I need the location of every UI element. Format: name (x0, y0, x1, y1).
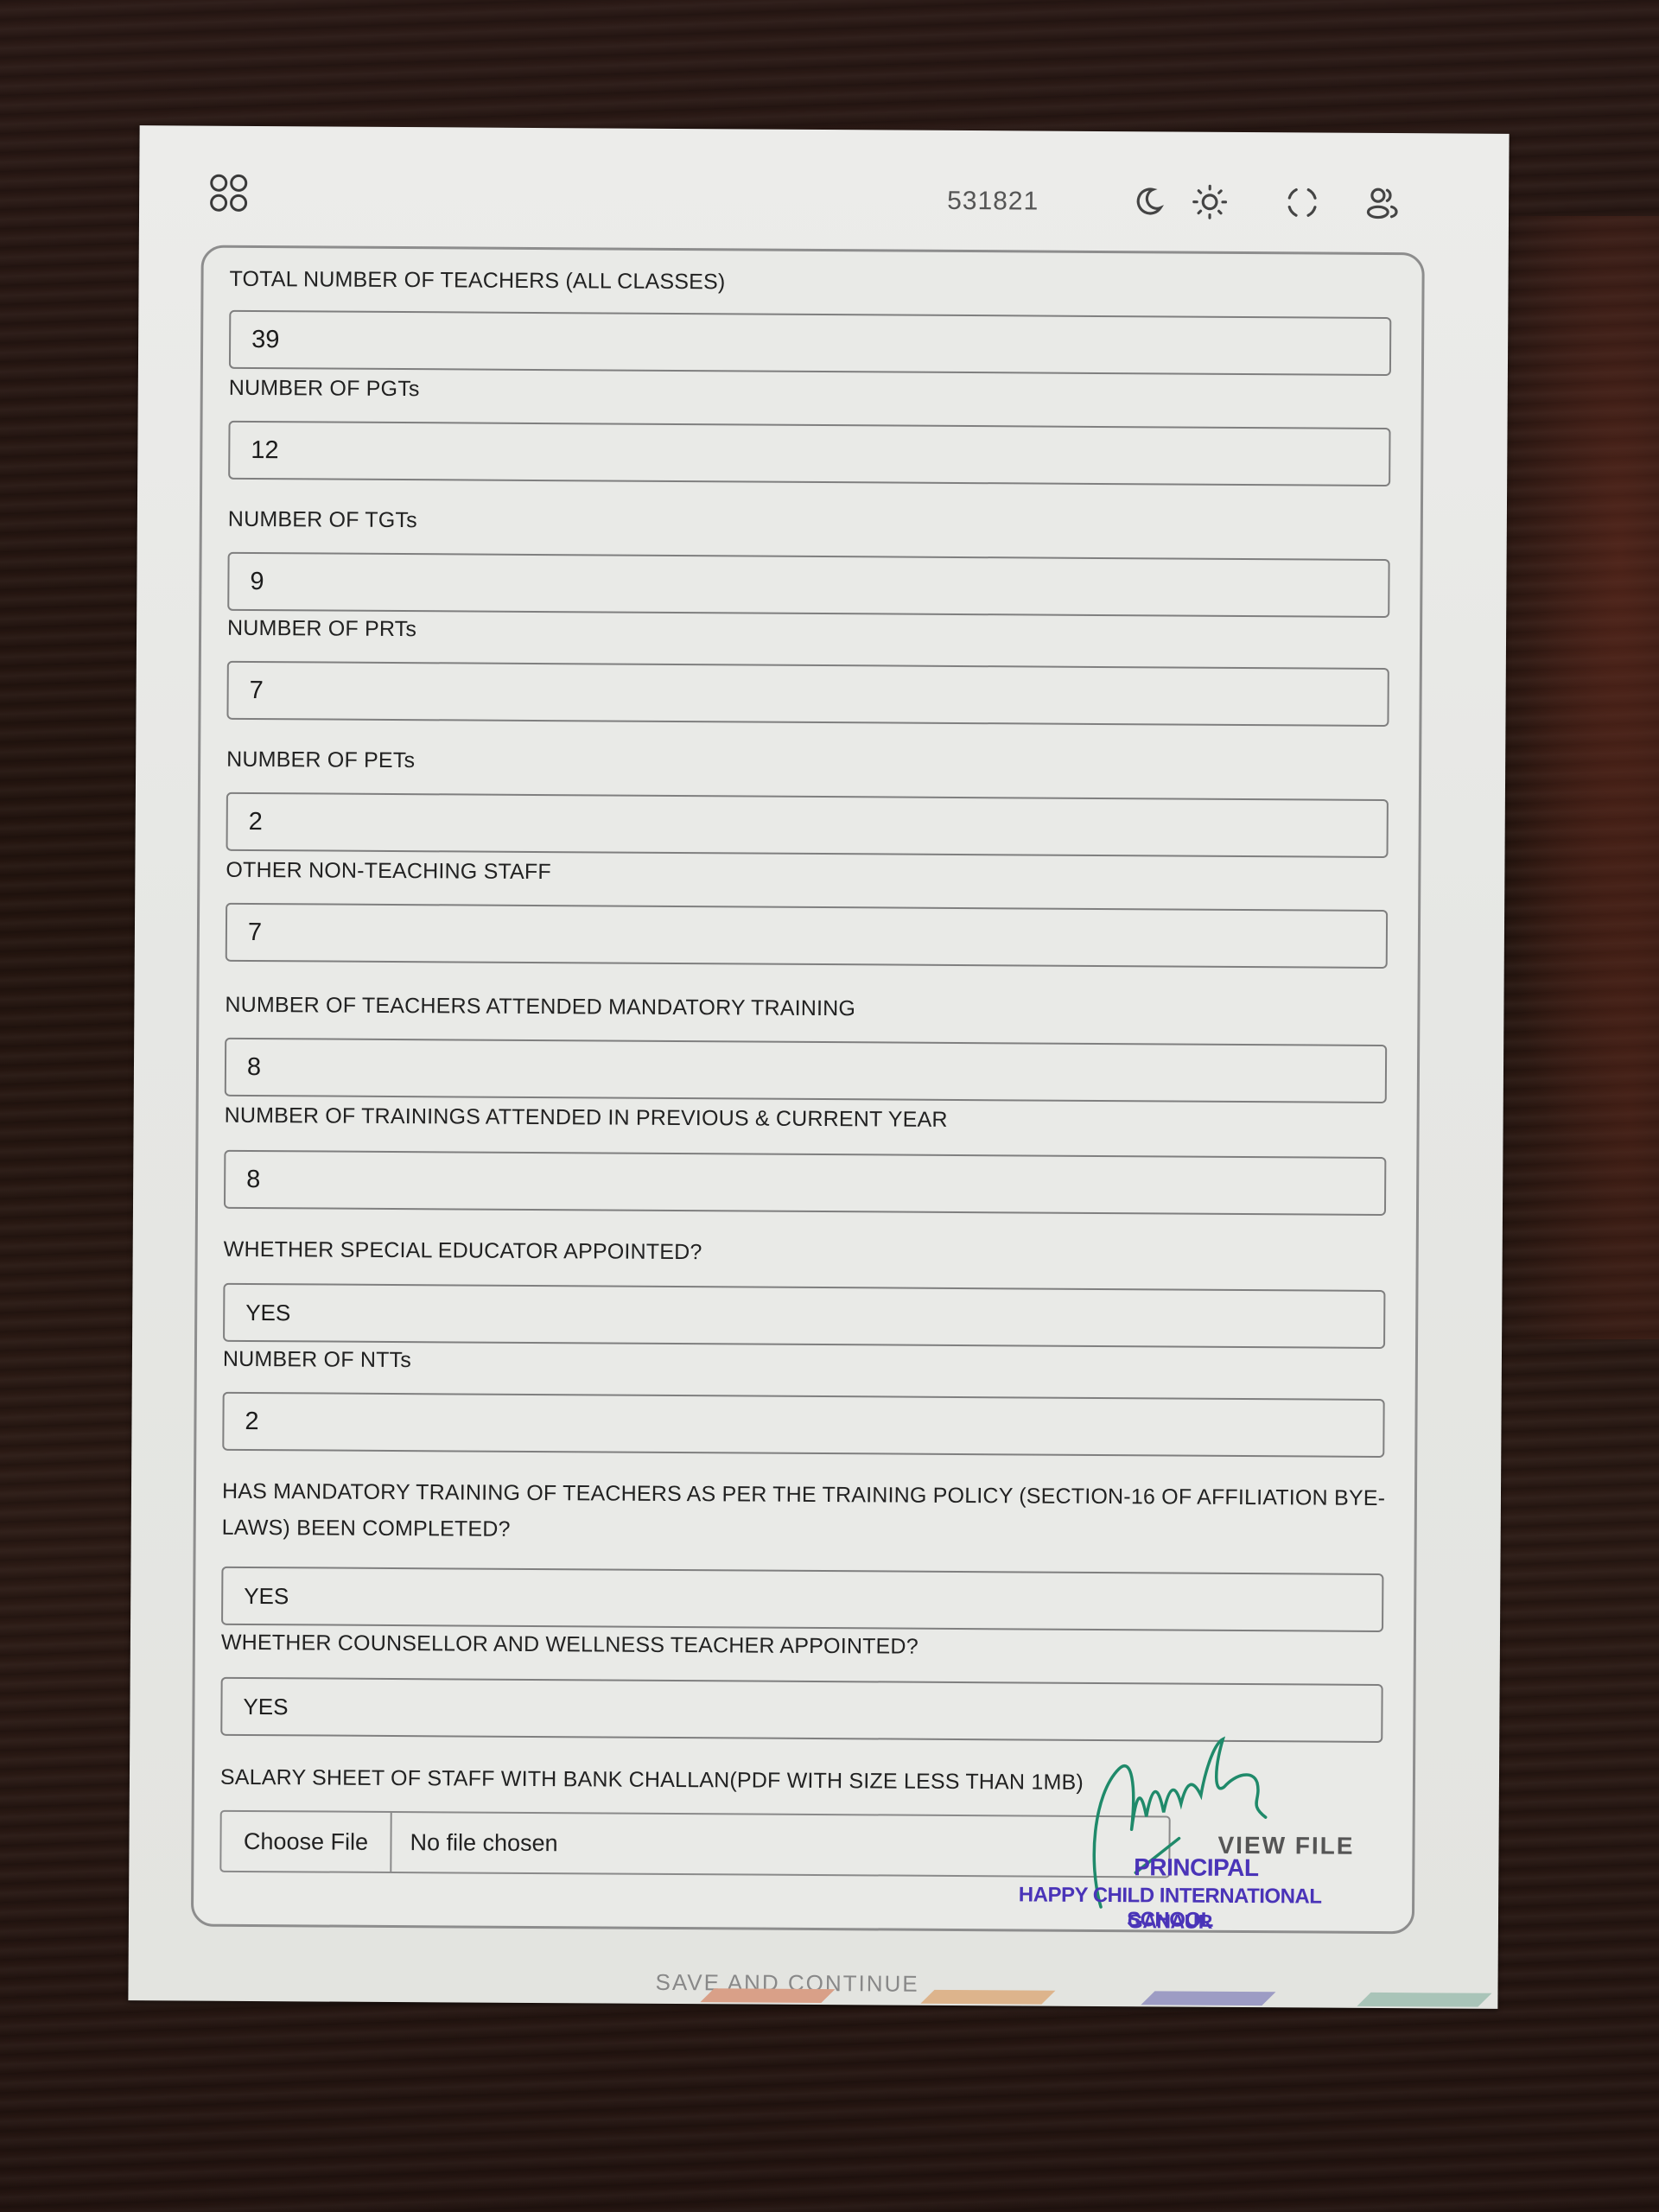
fullscreen-icon[interactable] (1284, 184, 1320, 220)
top-bar: 531821 (139, 125, 1510, 264)
ntts-input[interactable]: 2 (222, 1392, 1384, 1458)
trainings-attended-input[interactable]: 8 (224, 1150, 1386, 1216)
users-icon[interactable] (1364, 185, 1401, 221)
mandatory-training-teachers-label: NUMBER OF TEACHERS ATTENDED MANDATORY TR… (225, 993, 855, 1021)
file-status: No file chosen (410, 1813, 558, 1872)
special-educator-select[interactable]: YES (223, 1283, 1385, 1349)
choose-file-button[interactable]: Choose File (221, 1812, 391, 1872)
counsellor-appointed-select[interactable]: YES (220, 1677, 1382, 1743)
total-teachers-input[interactable]: 39 (229, 310, 1391, 376)
trainings-attended-label: NUMBER OF TRAININGS ATTENDED IN PREVIOUS… (225, 1103, 948, 1133)
ntts-label: NUMBER OF NTTs (223, 1347, 411, 1373)
tgts-input[interactable]: 9 (227, 552, 1389, 618)
non-teaching-staff-input[interactable]: 7 (226, 903, 1388, 969)
mandatory-training-completed-label: HAS MANDATORY TRAINING OF TEACHERS AS PE… (222, 1473, 1397, 1553)
stamp-title: PRINCIPAL (1109, 1853, 1282, 1882)
prts-input[interactable]: 7 (226, 661, 1389, 727)
salary-sheet-file-input[interactable]: Choose File No file chosen (219, 1810, 1170, 1878)
moon-icon[interactable] (1130, 183, 1166, 219)
mandatory-training-completed-select[interactable]: YES (221, 1567, 1383, 1632)
non-teaching-staff-label: OTHER NON-TEACHING STAFF (226, 858, 551, 885)
tgts-label: NUMBER OF TGTs (228, 507, 417, 533)
special-educator-label: WHETHER SPECIAL EDUCATOR APPOINTED? (224, 1237, 702, 1265)
sun-icon[interactable] (1192, 184, 1228, 220)
prts-label: NUMBER OF PRTs (227, 616, 416, 642)
pets-input[interactable]: 2 (226, 792, 1389, 858)
footer-decorative-stripes (681, 1988, 1459, 2006)
total-teachers-label: TOTAL NUMBER OF TEACHERS (ALL CLASSES) (229, 267, 725, 296)
stamp-place: GANAUR (1092, 1910, 1248, 1934)
printed-page: 531821 (128, 125, 1509, 2009)
teacher-details-form: TOTAL NUMBER OF TEACHERS (ALL CLASSES) 3… (191, 245, 1425, 1935)
school-code: 531821 (947, 187, 1039, 217)
pgts-label: NUMBER OF PGTs (229, 376, 420, 402)
apps-grid-icon[interactable] (210, 175, 245, 209)
pgts-input[interactable]: 12 (228, 421, 1390, 486)
pets-label: NUMBER OF PETs (226, 747, 415, 773)
counsellor-appointed-label: WHETHER COUNSELLOR AND WELLNESS TEACHER … (221, 1630, 918, 1660)
salary-sheet-label: SALARY SHEET OF STAFF WITH BANK CHALLAN(… (220, 1765, 1084, 1796)
mandatory-training-teachers-input[interactable]: 8 (225, 1038, 1387, 1103)
